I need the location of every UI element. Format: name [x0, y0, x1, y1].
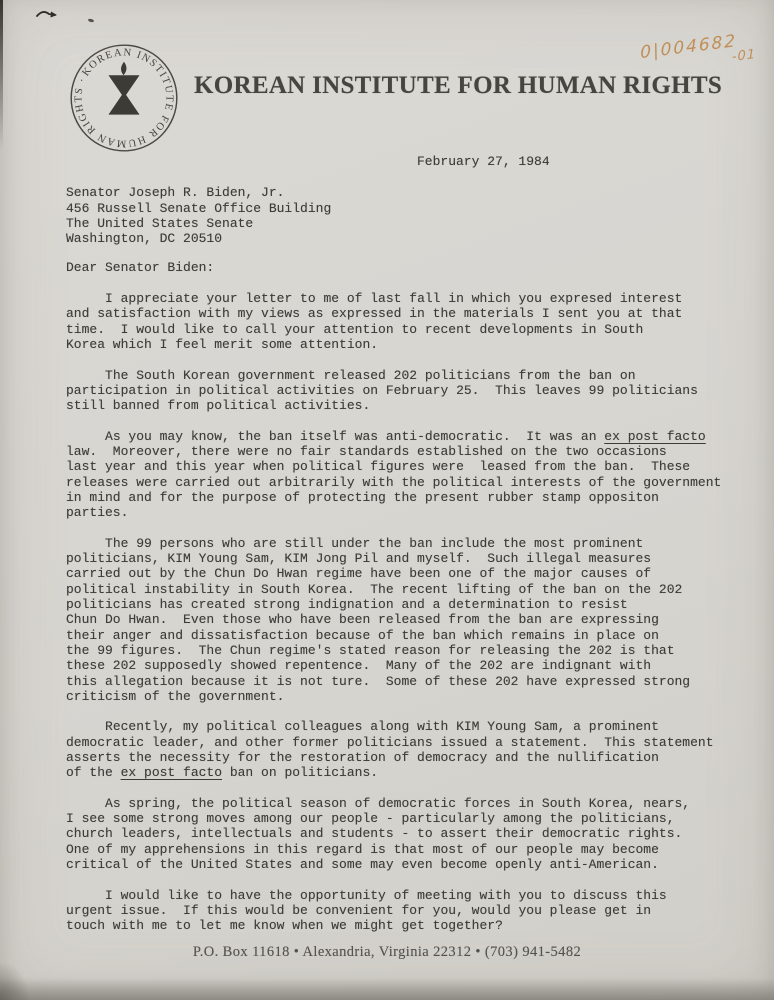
paragraph: Recently, my political colleagues along …	[66, 719, 756, 780]
salutation: Dear Senator Biden:	[66, 260, 756, 275]
paragraph: I appreciate your letter to me of last f…	[66, 291, 756, 352]
seal-emblem	[108, 62, 139, 115]
scan-shadow-bottom	[0, 978, 774, 1000]
paragraph: As spring, the political season of democ…	[66, 796, 756, 872]
ink-speck	[88, 18, 95, 22]
paragraph: The South Korean government released 202…	[66, 368, 756, 414]
pen-mark-icon	[36, 6, 62, 22]
recipient-block: Senator Joseph R. Biden, Jr.456 Russell …	[66, 185, 756, 246]
footer-address: P.O. Box 11618 • Alexandria, Virginia 22…	[0, 944, 774, 961]
handwritten-doc-number: 0|004682 -01	[640, 29, 756, 76]
recipient-line: Senator Joseph R. Biden, Jr.	[66, 185, 756, 200]
recipient-line: 456 Russell Senate Office Building	[66, 201, 756, 216]
letter-paragraphs: I appreciate your letter to me of last f…	[66, 291, 756, 933]
paragraph: As you may know, the ban itself was anti…	[66, 429, 756, 521]
scan-edge-left	[0, 0, 3, 150]
recipient-line: Washington, DC 20510	[66, 231, 756, 246]
paragraph: The 99 persons who are still under the b…	[66, 536, 756, 704]
organization-title: KOREAN INSTITUTE FOR HUMAN RIGHTS	[194, 72, 722, 100]
organization-seal-icon: KOREAN INSTITUTE FOR HUMAN RIGHTS ·	[66, 40, 182, 156]
paragraph: I would like to have the opportunity of …	[66, 888, 756, 934]
date-line: February 27, 1984	[417, 154, 756, 169]
letter-body: February 27, 1984 Senator Joseph R. Bide…	[66, 154, 756, 934]
scanned-letter-page: 0|004682 -01 KOREAN INSTITUTE FOR HUMAN …	[0, 0, 774, 1000]
recipient-line: The United States Senate	[66, 216, 756, 231]
doc-number-suffix: -01	[732, 47, 756, 65]
